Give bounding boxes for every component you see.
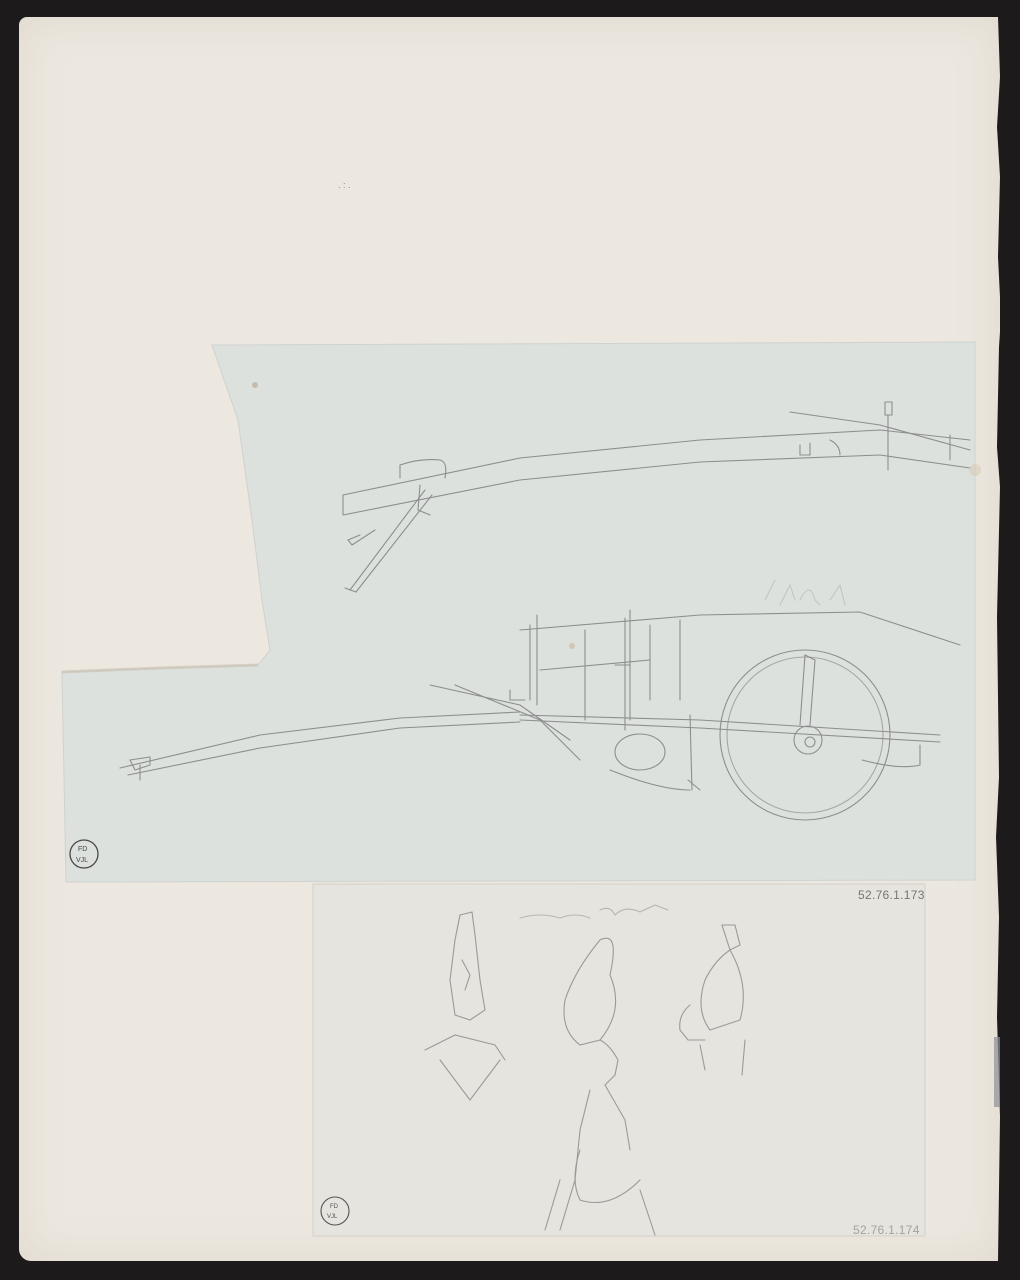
inventory-number-top: 52.76.1.173: [858, 888, 925, 902]
inventory-number-bottom: 52.76.1.174: [853, 1223, 920, 1237]
sketch-bottom-paper: [313, 884, 925, 1236]
mounted-sketches: [0, 0, 1020, 1280]
sketch-top-paper: [62, 342, 975, 882]
paper-specks: . : .: [338, 180, 351, 190]
